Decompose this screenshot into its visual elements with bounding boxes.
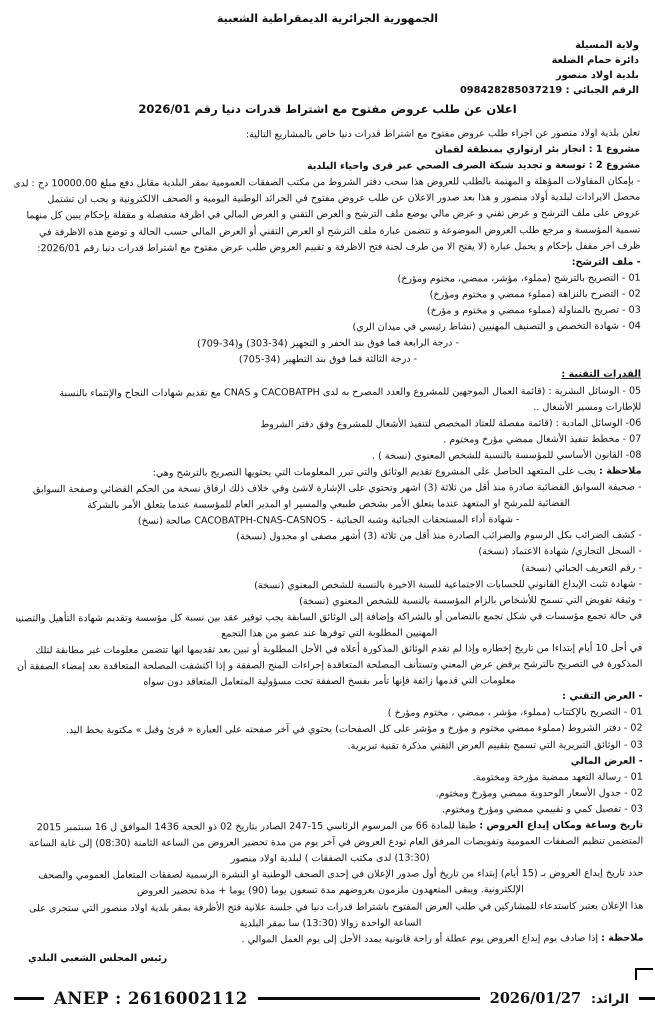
line-text: محصل الايرادات لبلدية أولاد منصور و هذا …	[47, 192, 640, 206]
document-line: حدد تاريخ إيداع العروض بـ (15 أيام) إبتد…	[17, 866, 643, 885]
line-text: (13:30) لدى مكتب الصفقات ) لبلدية اولاد …	[231, 853, 430, 865]
document-line: 03 - الوثائق التبريرية التي تسمح بتقييم …	[17, 737, 643, 756]
line-text: - العرض التقني :	[562, 691, 642, 702]
line-text: تعلن بلدية اولاد منصور عن اجراء طلب عروض…	[246, 128, 640, 141]
document-line: 04 - شهادة التخصص و التصنيف المهنيين (نش…	[15, 319, 641, 338]
line-text: 07 - مخطط تنفيذ الأشغال ممضي مؤرخ ومختوم…	[443, 433, 641, 445]
authority-line-commune: بلدية اولاد منصور	[460, 68, 639, 83]
line-text: ظرف اخر مقفل بإحكام و يحمل عبارة (لا يفت…	[37, 240, 640, 254]
line-text: للإطارات ومسير الأشغال ..	[533, 401, 641, 412]
footer-long-rule	[258, 997, 480, 1000]
line-text: 02 - التصرح بالنزاهة (مملوء ممضي و مختوم…	[430, 289, 641, 301]
line-text: 01 - التصريح بالإكتتاب (مملوء، مؤشر ، مم…	[388, 707, 643, 719]
document-line: القضائية للمرشح او المتعهد عندما يتعلق ا…	[16, 496, 642, 515]
document-line: ظرف اخر مقفل بإحكام و يحمل عبارة (لا يفت…	[14, 238, 640, 257]
line-text: 05 - الوسائل البشرية : (قائمة العمال الم…	[59, 385, 641, 399]
line-text: تسمية المؤسسة و مرجع طلب العروض الموضوعة…	[39, 224, 641, 238]
line-text: المهنيين المطلوبة التي توفرها عند عضو من…	[221, 627, 437, 639]
line-text: يجب على المتعهد الحاصل على المشروع تقديم…	[153, 466, 596, 479]
line-text: 01 - رسالة التعهد ممضية مؤرخة ومختومة.	[473, 771, 643, 783]
line-text: إذا صادف يوم إيداع العروض يوم عطلة أو را…	[242, 933, 599, 946]
line-text: - السجل التجاري/ شهادة الاعتماد (نسخة)	[478, 546, 642, 558]
line-text: مشروع 2 : توسعة و تجديد شبكة الصرف الصحي…	[307, 160, 640, 172]
document-line: المتضمن تنظيم الصفقات العمومية وتفويضات …	[17, 834, 643, 853]
document-line: في حالة تجمع مؤسسات في شكل تجمع بالتضامن…	[16, 608, 642, 627]
announcement-title: اعلان عن طلب عروض مفتوح مع اشتراط قدرات …	[0, 102, 655, 116]
line-text: 02 - جدول الأسعار الوحدوية ممضي ومؤرخ وم…	[436, 787, 643, 799]
footer-left-rule	[14, 997, 44, 1000]
line-text: عروض على ملف الترشح و عرض تقني و عرض مال…	[26, 208, 640, 222]
footer-right-rule	[639, 997, 655, 1000]
line-text: - درجة الثالثة فما فوق بند التطهير (34-7…	[239, 354, 417, 366]
signature-title: رئيس المجلس الشعبي البلدي	[28, 953, 167, 964]
line-text: - صحيفة السوابق القضائية صادرة منذ أقل م…	[33, 482, 642, 496]
line-text: 02 - دفتر الشروط (مملوء ممضي مختوم و مؤر…	[66, 723, 643, 737]
line-text: الساعة الواحدة زوالا (13:30) سا بمقر الب…	[240, 917, 422, 929]
line-text: المتضمن تنظيم الصفقات العمومية وتفويضات …	[29, 836, 643, 850]
line-text: 03 - تصريح بالمناولة (مملوء ممضي و مختوم…	[427, 305, 641, 317]
republic-title: الجمهورية الجزائرية الديمقراطية الشعبية	[0, 12, 655, 25]
line-text: - شهادة أداء المستحقات الجبائية وشبه الج…	[138, 514, 520, 527]
line-text: - شهادة تثبت الإيداع القانوني للحسابات ا…	[254, 578, 642, 591]
line-text: - رقم التعريف الجبائي (نسخة)	[521, 562, 642, 574]
line-text: - وثيقة تفويض التي تسمح للأشخاص بالزام ا…	[299, 594, 642, 606]
scanned-tender-announcement-page: الجمهورية الجزائرية الديمقراطية الشعبية …	[0, 0, 655, 1024]
line-text: طبقا للمادة 66 من المرسوم الرئاسي 15-247…	[37, 820, 477, 833]
line-text: في أجل 10 أيام إبتداءا من تاريخ إخطاره و…	[35, 643, 642, 657]
authority-line-daira: دائرة حمام الضلعة	[460, 53, 639, 68]
line-lead: تاريخ وساعة ومكان إيداع العروض :	[479, 820, 643, 832]
authority-block: ولاية المسيلة دائرة حمام الضلعة بلدية او…	[460, 38, 639, 98]
line-text: القضائية للمرشح او المتعهد عندما يتعلق ا…	[87, 498, 570, 511]
footer-date: 2026/01/27	[490, 990, 581, 1007]
line-text: حدد تاريخ إيداع العروض بـ (15 أيام) إبتد…	[38, 868, 643, 882]
document-line: ملاحظة :إذا صادف يوم إيداع العروض يوم عط…	[18, 930, 644, 949]
document-line: المذكورة في التصريح بالترشح يرفض عرض الم…	[16, 657, 642, 676]
line-text: 06- الوسائل المادية : (قائمة مفصلة للعتا…	[260, 417, 641, 430]
line-text: 03 - الوثائق التبريرية التي تسمح بتقييم …	[348, 739, 643, 751]
line-text: في حالة تجمع مؤسسات في شكل تجمع بالتضامن…	[16, 610, 642, 624]
line-text: المذكورة في التصريح بالترشح يرفض عرض الم…	[17, 659, 642, 673]
tax-id-line: الرقم الجبائي : 098428285037219	[460, 83, 639, 98]
frame-corner-mark	[635, 968, 653, 980]
authority-line-wilaya: ولاية المسيلة	[460, 38, 639, 53]
footer-bar: ANEP : 2616002112 2026/01/27 الرائد:	[14, 989, 655, 1008]
line-text: هذا الإعلان يعتبر كاستدعاء للمشاركين في …	[29, 900, 643, 914]
document-body: تعلن بلدية اولاد منصور عن اجراء طلب عروض…	[14, 126, 644, 950]
line-text: - ملف الترشح:	[572, 256, 641, 267]
anep-number: ANEP : 2616002112	[54, 989, 248, 1008]
document-line: هذا الإعلان يعتبر كاستدعاء للمشاركين في …	[17, 898, 643, 917]
line-text: 04 - شهادة التخصص و التصنيف المهنيين (نش…	[352, 321, 640, 333]
line-text: - بإمكان المقاولات المؤهلة و المهتمة بال…	[14, 176, 640, 190]
line-text: مشروع 1 : انجاز بئر ارتوازي بمنطقة لقمان	[435, 144, 640, 156]
journal-name: الرائد:	[591, 991, 629, 1006]
line-lead: ملاحظة :	[601, 932, 644, 943]
line-text: الإلكترونية. ويبقى المتعهدون ملزمون بعرو…	[137, 885, 524, 898]
line-text: - العرض المالي	[571, 755, 643, 766]
line-text: 08- القانون الأساسي للمؤسسة بالنسبة للشخ…	[372, 450, 642, 462]
line-text: 03 - تفصيل كمي و تقييمي ممضي ومؤرخ ومختو…	[442, 804, 643, 816]
line-lead: ملاحظة :	[599, 466, 642, 477]
line-text: - كشف الضرائب بكل الرسوم والضرائب الصادر…	[236, 530, 642, 543]
line-text: معلومات التي قدمها زائفة فإنها تأمر بفسخ…	[143, 675, 515, 688]
line-text: 01 - التصريح بالترشح (مملوء، مؤشر، ممضي،…	[397, 272, 640, 284]
line-text: - درجة الرابعة فما فوق بند الحفر و التجه…	[197, 338, 459, 350]
line-text: القدرات التقنية :	[561, 369, 641, 380]
